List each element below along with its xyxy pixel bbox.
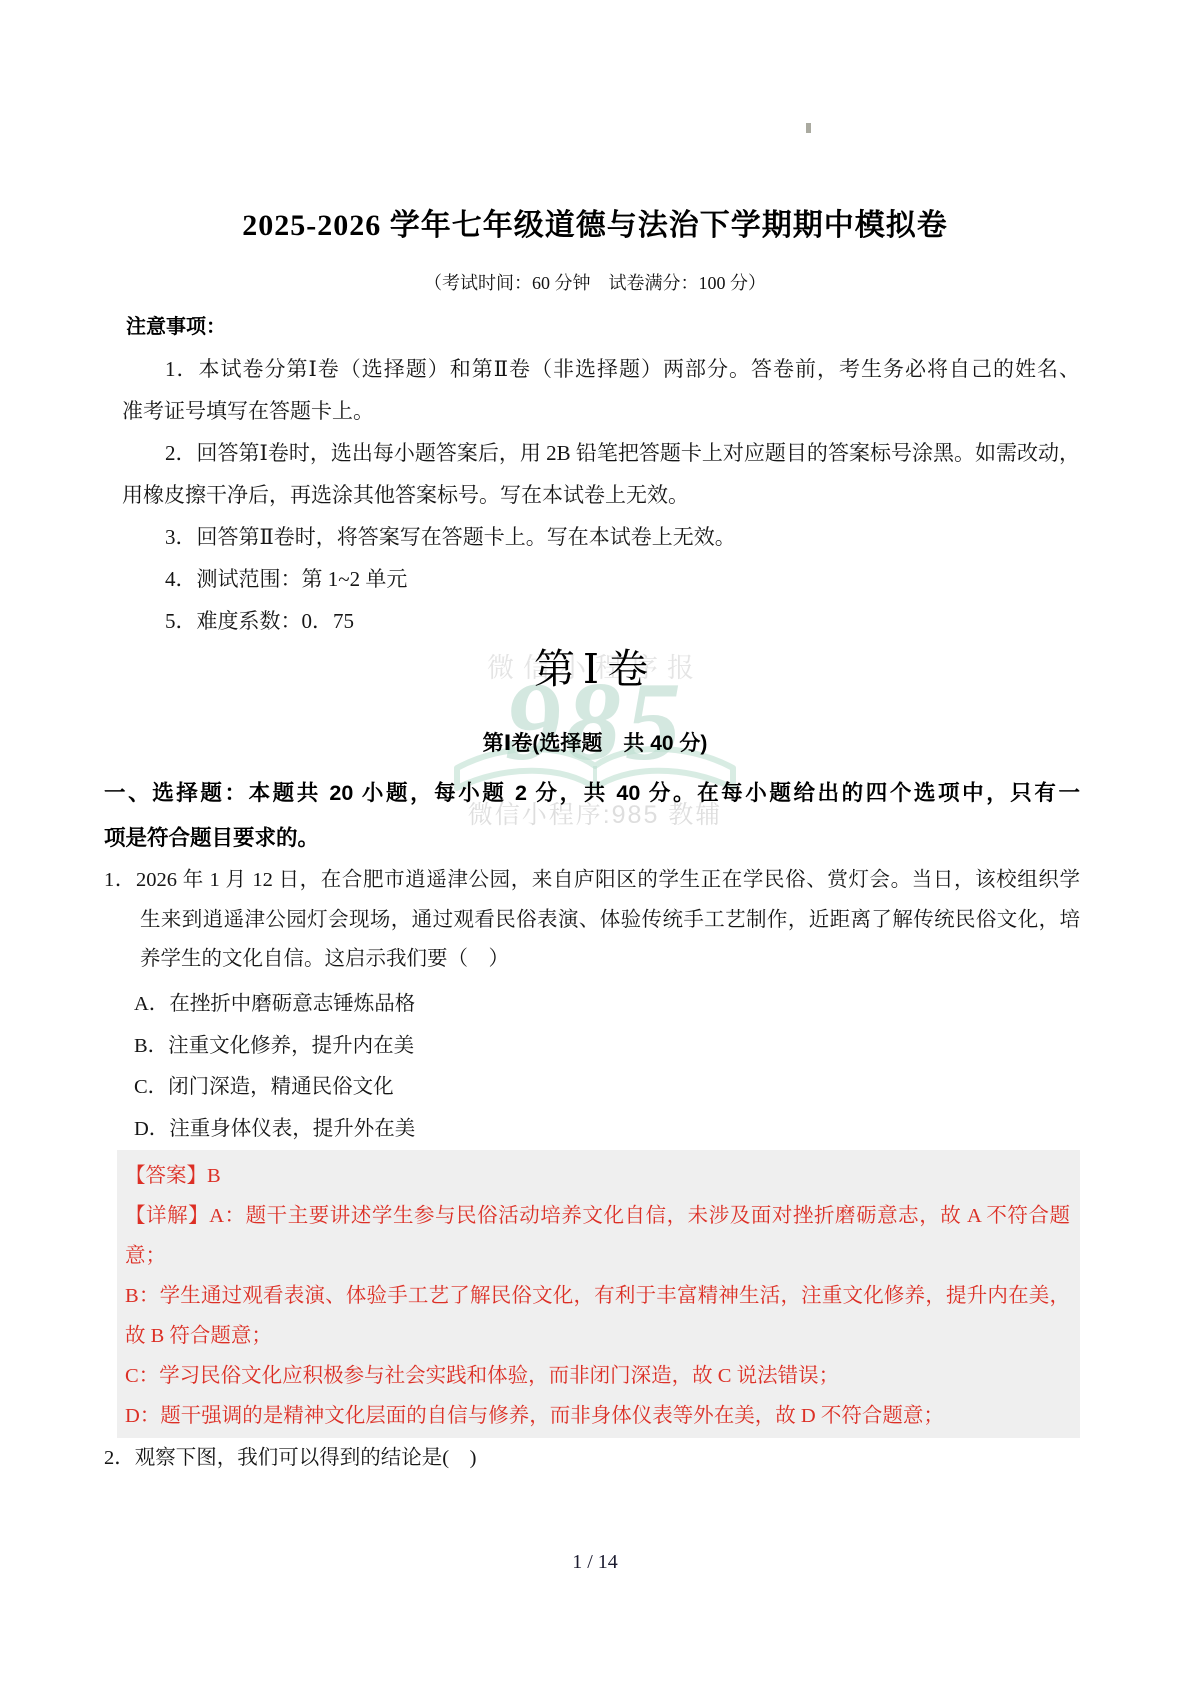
section-intro-line: 项是符合题目要求的。 — [104, 816, 1080, 861]
analysis-line: D：题干强调的是精神文化层面的自信与修养，而非身体仪表等外在美，故 D 不符合题… — [125, 1396, 1070, 1436]
multiple-choice-section-intro: 一、选择题：本题共 20 小题，每小题 2 分，共 40 分。在每小题给出的四个… — [104, 771, 1080, 861]
question-line: 1．2026 年 1 月 12 日，在合肥市逍遥津公园，来自庐阳区的学生正在学民… — [104, 861, 1080, 901]
notice-line: 用橡皮擦干净后，再选涂其他答案标号。写在本试卷上无效。 — [122, 474, 1080, 516]
question-1-options: A．在挫折中磨砺意志锤炼品格 B．注重文化修养，提升内在美 C．闭门深造，精通民… — [104, 984, 1080, 1150]
exam-subtitle: （考试时间：60 分钟 试卷满分：100 分） — [0, 269, 1190, 295]
question-line: 养学生的文化自信。这启示我们要（ ） — [104, 940, 1080, 980]
notice-list: 1．本试卷分第Ⅰ卷（选择题）和第Ⅱ卷（非选择题）两部分。答卷前，考生务必将自己的… — [122, 348, 1080, 642]
part1-subtitle: 第Ⅰ卷(选择题 共 40 分) — [0, 727, 1190, 757]
notice-line: 4．测试范围：第 1~2 单元 — [122, 558, 1080, 600]
analysis-line: C：学习民俗文化应积极参与社会实践和体验，而非闭门深造，故 C 说法错误； — [125, 1356, 1070, 1396]
answer-line: 【答案】B — [125, 1156, 1070, 1196]
notice-line: 3．回答第Ⅱ卷时，将答案写在答题卡上。写在本试卷上无效。 — [122, 516, 1080, 558]
analysis-line: 【详解】A：题干主要讲述学生参与民俗活动培养文化自信，未涉及面对挫折磨砺意志，故… — [125, 1196, 1070, 1236]
exam-title: 2025-2026 学年七年级道德与法治下学期期中模拟卷 — [0, 200, 1190, 244]
section-intro-line: 一、选择题：本题共 20 小题，每小题 2 分，共 40 分。在每小题给出的四个… — [104, 771, 1080, 816]
analysis-line: 故 B 符合题意； — [125, 1316, 1070, 1356]
notice-line: 1．本试卷分第Ⅰ卷（选择题）和第Ⅱ卷（非选择题）两部分。答卷前，考生务必将自己的… — [122, 348, 1080, 390]
question-1-stem: 1．2026 年 1 月 12 日，在合肥市逍遥津公园，来自庐阳区的学生正在学民… — [104, 861, 1080, 980]
option-b: B．注重文化修养，提升内在美 — [104, 1026, 1080, 1068]
notice-line: 准考证号填写在答题卡上。 — [122, 390, 1080, 432]
notice-line: 2．回答第Ⅰ卷时，选出每小题答案后，用 2B 铅笔把答题卡上对应题目的答案标号涂… — [122, 432, 1080, 474]
page-number: 1 / 14 — [0, 1551, 1190, 1574]
answer-explanation-block: 【答案】B 【详解】A：题干主要讲述学生参与民俗活动培养文化自信，未涉及面对挫折… — [117, 1150, 1080, 1438]
option-c: C．闭门深造，精通民俗文化 — [104, 1067, 1080, 1109]
stray-print-artifact — [806, 123, 811, 133]
question-2-stem: 2．观察下图，我们可以得到的结论是( ) — [104, 1438, 1080, 1478]
exam-paper-page: 微信小程序报 985 微信小程序:985 教辅 2025-2026 学年七年级道… — [0, 0, 1190, 1683]
option-a: A．在挫折中磨砺意志锤炼品格 — [104, 984, 1080, 1026]
option-d: D．注重身体仪表，提升外在美 — [104, 1109, 1080, 1151]
analysis-line: 意； — [125, 1236, 1070, 1276]
question-line: 生来到逍遥津公园灯会现场，通过观看民俗表演、体验传统手工艺制作，近距离了解传统民… — [104, 901, 1080, 941]
analysis-line: B：学生通过观看表演、体验手工艺了解民俗文化，有利于丰富精神生活，注重文化修养，… — [125, 1276, 1070, 1316]
part1-title: 第Ⅰ卷 — [0, 636, 1190, 695]
page-content: 2025-2026 学年七年级道德与法治下学期期中模拟卷 （考试时间：60 分钟… — [0, 0, 1190, 1683]
notice-heading: 注意事项： — [126, 310, 226, 339]
